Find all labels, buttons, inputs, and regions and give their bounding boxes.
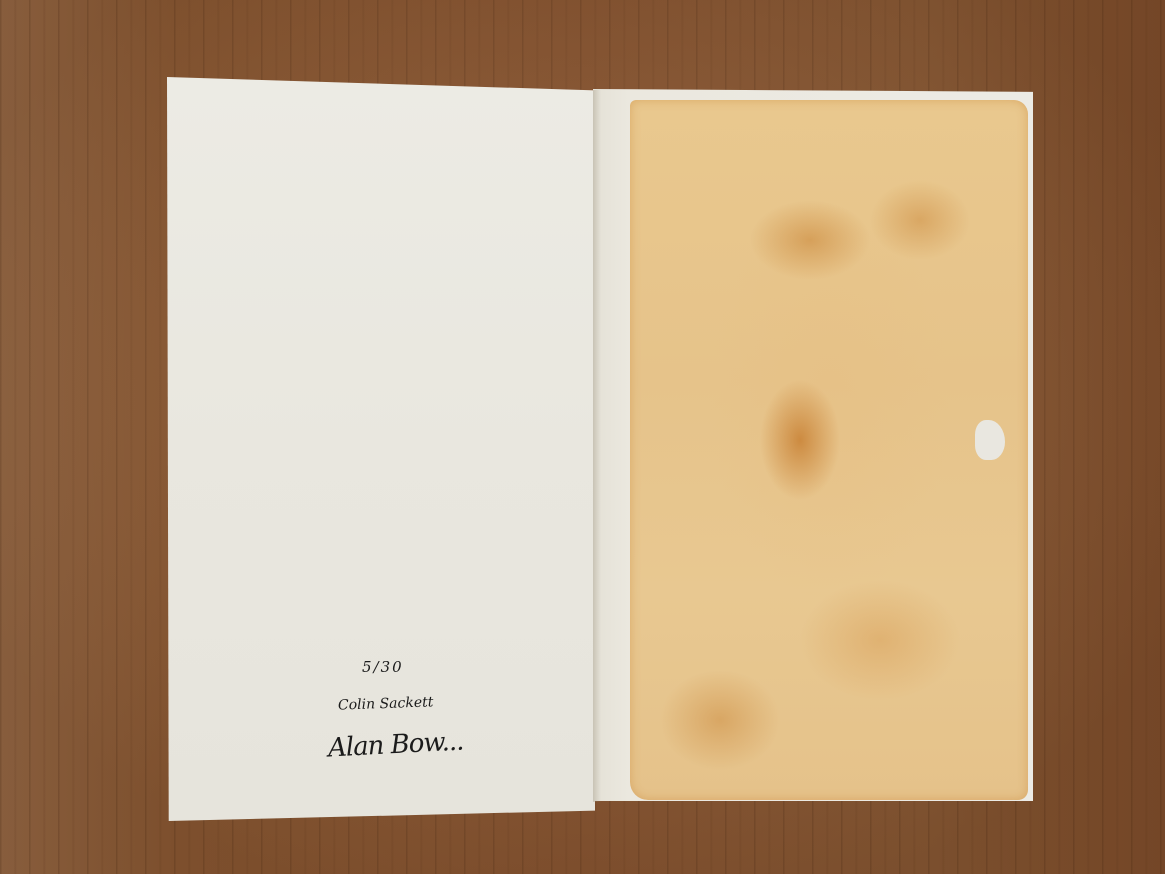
card-fold xyxy=(593,90,601,802)
edition-number: 5/30 xyxy=(362,658,404,676)
artist-name: Colin Sackett xyxy=(338,694,434,713)
print-unpainted-patch xyxy=(975,420,1005,460)
ochre-print xyxy=(630,100,1028,800)
